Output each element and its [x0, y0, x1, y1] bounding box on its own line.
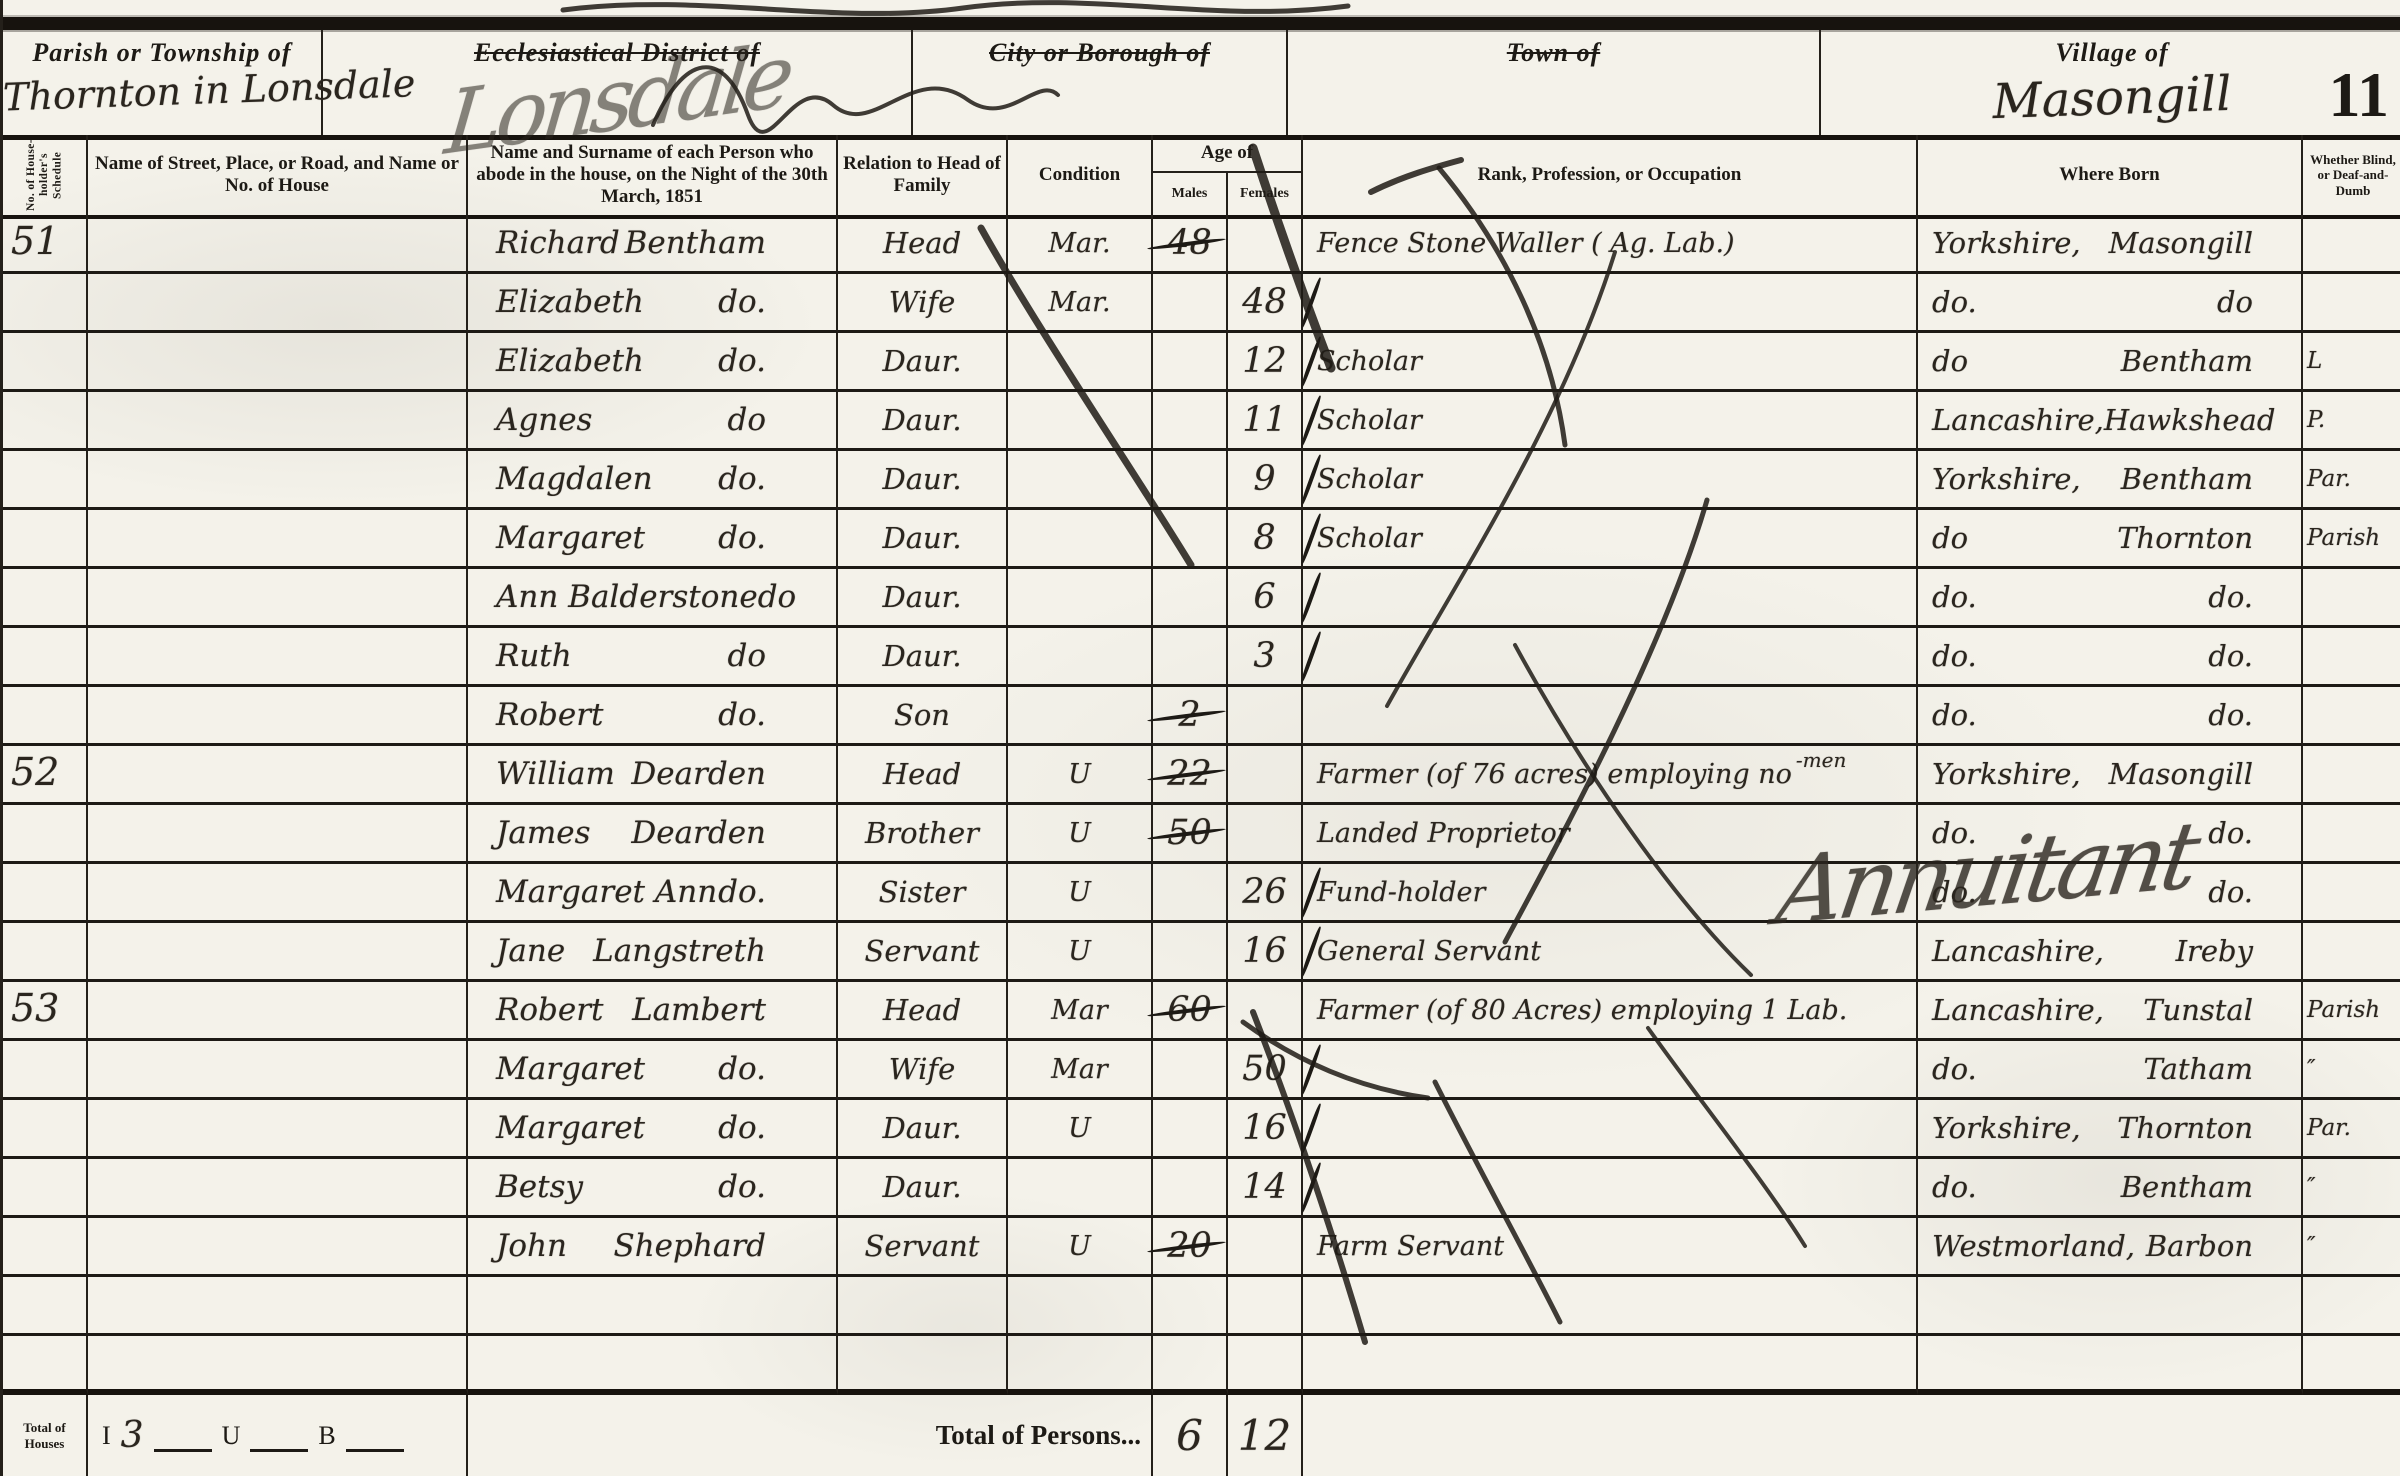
age-females-cell: 8 — [1228, 510, 1303, 569]
age-males-value: 22 — [1167, 754, 1212, 794]
name-cell: Ann Balderstone do — [468, 569, 838, 628]
age-females-cell: 6 — [1228, 569, 1303, 628]
street-cell — [88, 215, 468, 274]
totals-empty-area — [1303, 1395, 2400, 1476]
person-surname: Dearden — [631, 815, 766, 851]
uninhabited-rule — [250, 1419, 308, 1452]
person-surname: do. — [718, 461, 766, 497]
schedule-cell — [3, 569, 88, 628]
age-males-cell — [1153, 333, 1228, 392]
column-name-label: Name and Surname of each Person who abod… — [472, 142, 832, 208]
person-surname: do — [758, 579, 797, 615]
infirm-cell — [2303, 687, 2400, 746]
born-county: do — [1932, 521, 1968, 555]
relation-cell: Daur. — [838, 510, 1008, 569]
name-cell: Margaret do. — [468, 1100, 838, 1159]
total-houses-values: I 3 U B — [88, 1395, 468, 1476]
occupation-value: Farmer (of 76 acres) employing no — [1317, 759, 1792, 790]
born-place: Barbon — [2146, 1229, 2253, 1263]
schedule-cell: 51 — [3, 215, 88, 274]
age-males-cell — [1153, 392, 1228, 451]
relation-cell: Head — [838, 982, 1008, 1041]
age-males-cell — [1153, 1277, 1228, 1336]
born-cell — [1918, 1336, 2303, 1395]
relation-cell: Wife — [838, 1041, 1008, 1100]
relation-value: Daur. — [882, 639, 961, 673]
condition-cell: U — [1008, 864, 1153, 923]
name-cell — [468, 1336, 838, 1395]
condition-value: Mar. — [1048, 228, 1110, 259]
relation-cell — [838, 1277, 1008, 1336]
infirm-value: ″ — [2307, 1056, 2316, 1082]
relation-cell: Wife — [838, 274, 1008, 333]
infirm-value: Par. — [2307, 466, 2351, 492]
person-given-name: Magdalen — [496, 461, 653, 497]
relation-value: Daur. — [882, 1170, 961, 1204]
street-cell — [88, 569, 468, 628]
person-surname: Dearden — [631, 756, 766, 792]
born-place: Ireby — [2176, 934, 2253, 968]
infirm-cell: Parish — [2303, 982, 2400, 1041]
census-table: 51 Richard Bentham Head Mar. 48 Fence St… — [3, 215, 2400, 1395]
age-females-cell: 9 — [1228, 451, 1303, 510]
occupation-cell: Scholar — [1303, 333, 1918, 392]
infirm-cell: ″ — [2303, 1041, 2400, 1100]
relation-cell: Daur. — [838, 1100, 1008, 1159]
relation-value: Wife — [889, 1052, 955, 1086]
name-cell: James Dearden — [468, 805, 838, 864]
age-females-cell — [1228, 1218, 1303, 1277]
column-schedule: No. of House-holder's Schedule — [3, 135, 88, 215]
person-surname: Shephard — [613, 1228, 766, 1264]
age-females-cell: 50 — [1228, 1041, 1303, 1100]
schedule-cell — [3, 1041, 88, 1100]
relation-cell: Sister — [838, 864, 1008, 923]
column-condition-label: Condition — [1039, 164, 1120, 186]
born-cell: Lancashire, Ireby — [1918, 923, 2303, 982]
condition-cell — [1008, 569, 1153, 628]
street-cell — [88, 333, 468, 392]
occupation-cell — [1303, 274, 1918, 333]
person-surname: do. — [718, 284, 766, 320]
age-females-value: 11 — [1242, 400, 1287, 440]
born-cell: do. do. — [1918, 805, 2303, 864]
infirm-value: ″ — [2307, 1233, 2316, 1259]
column-schedule-label: No. of House-holder's Schedule — [25, 137, 65, 213]
person-surname: do. — [718, 1110, 766, 1146]
schedule-number: 53 — [11, 986, 59, 1030]
occupation-value: Scholar — [1317, 405, 1422, 436]
born-county: Lancashire, — [1932, 993, 2104, 1027]
occupation-value: Fund-holder — [1317, 877, 1485, 908]
relation-value: Head — [883, 226, 961, 260]
born-county: Lancashire, — [1932, 934, 2104, 968]
age-females-value: 26 — [1242, 872, 1287, 912]
person-surname: do. — [718, 1169, 766, 1205]
age-females-cell: 26 — [1228, 864, 1303, 923]
condition-value: U — [1068, 1113, 1091, 1144]
condition-cell: U — [1008, 746, 1153, 805]
age-males-cell: 22 — [1153, 746, 1228, 805]
age-males-cell: 50 — [1153, 805, 1228, 864]
age-males-cell: 60 — [1153, 982, 1228, 1041]
relation-cell: Head — [838, 746, 1008, 805]
age-females-cell: 12 — [1228, 333, 1303, 392]
born-place: do. — [2208, 875, 2253, 909]
occupation-value: Scholar — [1317, 346, 1422, 377]
header-field-ecclesiastical: Ecclesiastical District of Lonsdale — [323, 30, 913, 135]
infirm-value: Par. — [2307, 1115, 2351, 1141]
name-cell: Margaret do. — [468, 1041, 838, 1100]
age-males-cell — [1153, 1159, 1228, 1218]
age-males-value: 48 — [1167, 223, 1212, 263]
occupation-cell — [1303, 1159, 1918, 1218]
page-top-border — [3, 17, 2400, 30]
relation-cell — [838, 1336, 1008, 1395]
age-females-cell — [1228, 746, 1303, 805]
person-surname: do. — [718, 697, 766, 733]
column-condition: Condition — [1008, 135, 1153, 215]
occupation-value: General Servant — [1317, 936, 1541, 967]
schedule-cell — [3, 687, 88, 746]
name-cell: Betsy do. — [468, 1159, 838, 1218]
infirm-cell: P. — [2303, 392, 2400, 451]
person-given-name: Ann Balderstone — [496, 579, 758, 615]
street-cell — [88, 1336, 468, 1395]
schedule-cell — [3, 1218, 88, 1277]
relation-value: Daur. — [882, 462, 961, 496]
born-county: Yorkshire, — [1932, 757, 2081, 791]
street-cell — [88, 392, 468, 451]
occupation-cell: Farmer (of 80 Acres) employing 1 Lab. — [1303, 982, 1918, 1041]
street-cell — [88, 1218, 468, 1277]
age-females-value: 8 — [1253, 518, 1275, 558]
born-place: do. — [2208, 698, 2253, 732]
column-street: Name of Street, Place, or Road, and Name… — [88, 135, 468, 215]
name-cell: Margaret Ann do. — [468, 864, 838, 923]
born-place: do. — [2208, 580, 2253, 614]
condition-cell — [1008, 1336, 1153, 1395]
parish-value: Thornton in Lonsdale — [2, 64, 321, 119]
schedule-cell: 53 — [3, 982, 88, 1041]
inhabited-label: I — [102, 1421, 111, 1451]
born-county: do. — [1932, 285, 1977, 319]
schedule-cell — [3, 923, 88, 982]
age-females-value: 14 — [1242, 1167, 1287, 1207]
infirm-cell — [2303, 1277, 2400, 1336]
born-place: do. — [2208, 816, 2253, 850]
age-females-value: 6 — [1253, 577, 1275, 617]
name-cell: Elizabeth do. — [468, 274, 838, 333]
name-cell: William Dearden — [468, 746, 838, 805]
person-given-name: Margaret — [496, 520, 645, 556]
age-females-value: 3 — [1253, 636, 1275, 676]
infirm-value: Parish — [2307, 997, 2380, 1023]
street-cell — [88, 805, 468, 864]
occupation-value: Fence Stone Waller ( Ag. Lab.) — [1317, 228, 1735, 259]
column-occupation-label: Rank, Profession, or Occupation — [1478, 164, 1742, 186]
column-age-females-label: Females — [1228, 173, 1301, 215]
column-infirm: Whether Blind, or Deaf-and-Dumb — [2303, 135, 2400, 215]
person-given-name: Richard — [496, 225, 620, 261]
person-surname: Bentham — [625, 225, 766, 261]
age-females-cell — [1228, 215, 1303, 274]
infirm-cell: Par. — [2303, 1100, 2400, 1159]
column-age-label: Age of — [1153, 135, 1301, 173]
born-place: Bentham — [2121, 1170, 2253, 1204]
city-label: City or Borough of — [913, 30, 1286, 68]
age-males-cell — [1153, 923, 1228, 982]
age-females-cell: 16 — [1228, 923, 1303, 982]
relation-cell: Daur. — [838, 569, 1008, 628]
born-county: Yorkshire, — [1932, 226, 2081, 260]
age-males-cell — [1153, 1336, 1228, 1395]
born-place: Thornton — [2117, 1111, 2253, 1145]
schedule-cell — [3, 333, 88, 392]
street-cell — [88, 687, 468, 746]
relation-value: Son — [894, 698, 950, 732]
column-occupation: Rank, Profession, or Occupation — [1303, 135, 1918, 215]
condition-cell — [1008, 510, 1153, 569]
top-scrawl-stroke — [563, 3, 1348, 14]
condition-value: U — [1068, 818, 1091, 849]
total-males-value: 6 — [1176, 1411, 1203, 1460]
street-cell — [88, 451, 468, 510]
condition-cell — [1008, 628, 1153, 687]
person-given-name: William — [496, 756, 615, 792]
person-given-name: Robert — [496, 992, 603, 1028]
column-born: Where Born — [1918, 135, 2303, 215]
relation-cell: Daur. — [838, 628, 1008, 687]
born-place: Masongill — [2109, 757, 2253, 791]
born-place: Bentham — [2121, 462, 2253, 496]
born-cell: do Thornton — [1918, 510, 2303, 569]
age-females-value: 16 — [1242, 931, 1287, 971]
infirm-value: ″ — [2307, 1174, 2316, 1200]
census-sheet: Parish or Township of Thornton in Lonsda… — [0, 0, 2400, 1476]
town-label: Town of — [1288, 30, 1819, 68]
inhabited-value: 3 — [121, 1415, 144, 1456]
occupation-cell — [1303, 1100, 1918, 1159]
schedule-cell — [3, 864, 88, 923]
relation-cell: Daur. — [838, 1159, 1008, 1218]
born-county: Westmorland, — [1932, 1229, 2135, 1263]
age-males-cell — [1153, 628, 1228, 687]
schedule-cell — [3, 1100, 88, 1159]
age-females-cell — [1228, 1336, 1303, 1395]
relation-cell: Daur. — [838, 392, 1008, 451]
born-cell: Lancashire, Hawkshead — [1918, 392, 2303, 451]
born-county: do. — [1932, 698, 1977, 732]
person-given-name: Jane — [496, 933, 565, 969]
relation-cell: Brother — [838, 805, 1008, 864]
age-males-cell — [1153, 1041, 1228, 1100]
age-males-cell: 2 — [1153, 687, 1228, 746]
person-surname: do. — [718, 343, 766, 379]
column-infirm-label: Whether Blind, or Deaf-and-Dumb — [2307, 152, 2399, 199]
occupation-cell — [1303, 687, 1918, 746]
infirm-value: L — [2307, 348, 2322, 374]
name-cell: Jane Langstreth — [468, 923, 838, 982]
born-county: Lancashire, — [1932, 403, 2104, 437]
age-males-value: 60 — [1167, 990, 1212, 1030]
age-males-cell — [1153, 274, 1228, 333]
condition-value: Mar — [1051, 995, 1108, 1026]
born-county: do — [1932, 344, 1968, 378]
person-surname: do. — [718, 520, 766, 556]
born-cell: do. do. — [1918, 864, 2303, 923]
occupation-cell — [1303, 1277, 1918, 1336]
occupation-cell: Farmer (of 76 acres) employing no -men — [1303, 746, 1918, 805]
condition-cell — [1008, 1277, 1153, 1336]
column-relation: Relation to Head of Family — [838, 135, 1008, 215]
born-county: do. — [1932, 1170, 1977, 1204]
name-cell — [468, 1277, 838, 1336]
condition-cell — [1008, 451, 1153, 510]
born-place: do — [2217, 285, 2253, 319]
age-males-value: 20 — [1167, 1226, 1212, 1266]
relation-value: Daur. — [882, 344, 961, 378]
condition-cell: Mar — [1008, 1041, 1153, 1100]
header-field-parish: Parish or Township of Thornton in Lonsda… — [3, 30, 323, 135]
header-field-city: City or Borough of — [913, 30, 1288, 135]
column-relation-label: Relation to Head of Family — [842, 153, 1002, 197]
age-females-cell: 11 — [1228, 392, 1303, 451]
relation-value: Daur. — [882, 521, 961, 555]
born-cell: Westmorland, Barbon — [1918, 1218, 2303, 1277]
infirm-cell: L — [2303, 333, 2400, 392]
total-persons-males: 6 — [1153, 1395, 1228, 1476]
age-males-cell — [1153, 451, 1228, 510]
schedule-cell — [3, 392, 88, 451]
person-given-name: John — [496, 1228, 567, 1264]
schedule-cell — [3, 628, 88, 687]
born-cell: do. Tatham — [1918, 1041, 2303, 1100]
column-name: Name and Surname of each Person who abod… — [468, 135, 838, 215]
age-males-cell — [1153, 510, 1228, 569]
condition-cell — [1008, 687, 1153, 746]
infirm-cell — [2303, 805, 2400, 864]
schedule-number: 51 — [11, 219, 59, 263]
occupation-cell — [1303, 569, 1918, 628]
relation-value: Servant — [865, 934, 980, 968]
born-cell: do. do — [1918, 274, 2303, 333]
condition-value: Mar — [1051, 1054, 1108, 1085]
schedule-cell: 52 — [3, 746, 88, 805]
born-cell: do. do. — [1918, 687, 2303, 746]
infirm-value: P. — [2307, 407, 2325, 433]
born-cell: Yorkshire, Bentham — [1918, 451, 2303, 510]
relation-cell: Daur. — [838, 451, 1008, 510]
born-county: do. — [1932, 1052, 1977, 1086]
schedule-cell — [3, 805, 88, 864]
condition-value: Mar. — [1048, 287, 1110, 318]
person-surname: do. — [718, 1051, 766, 1087]
born-county: do. — [1932, 639, 1977, 673]
age-females-cell — [1228, 982, 1303, 1041]
condition-cell: U — [1008, 923, 1153, 982]
schedule-number: 52 — [11, 750, 59, 794]
born-cell: Yorkshire, Masongill — [1918, 215, 2303, 274]
born-place: Tatham — [2143, 1052, 2253, 1086]
street-cell — [88, 923, 468, 982]
age-males-value: 2 — [1178, 695, 1200, 735]
age-males-cell — [1153, 864, 1228, 923]
age-males-cell — [1153, 569, 1228, 628]
header-field-town: Town of — [1288, 30, 1821, 135]
born-county: Yorkshire, — [1932, 1111, 2081, 1145]
occupation-cell: Scholar — [1303, 392, 1918, 451]
person-given-name: Margaret Ann — [496, 874, 717, 910]
born-cell: Yorkshire, Thornton — [1918, 1100, 2303, 1159]
relation-value: Sister — [879, 875, 966, 909]
street-cell — [88, 1041, 468, 1100]
relation-value: Servant — [865, 1229, 980, 1263]
born-cell: do. do. — [1918, 628, 2303, 687]
street-cell — [88, 274, 468, 333]
occupation-cell: Scholar — [1303, 451, 1918, 510]
infirm-value: Parish — [2307, 525, 2380, 551]
total-females-value: 12 — [1238, 1411, 1291, 1460]
person-given-name: Elizabeth — [496, 343, 644, 379]
born-cell: do. do. — [1918, 569, 2303, 628]
infirm-cell — [2303, 1336, 2400, 1395]
schedule-cell — [3, 1277, 88, 1336]
infirm-cell: Par. — [2303, 451, 2400, 510]
condition-cell: U — [1008, 1218, 1153, 1277]
street-cell — [88, 510, 468, 569]
person-given-name: Robert — [496, 697, 603, 733]
infirm-cell — [2303, 628, 2400, 687]
name-cell: Ruth do — [468, 628, 838, 687]
relation-value: Daur. — [882, 1111, 961, 1145]
born-county: do. — [1932, 816, 1977, 850]
infirm-cell — [2303, 864, 2400, 923]
relation-value: Daur. — [882, 403, 961, 437]
person-surname: Langstreth — [593, 933, 766, 969]
totals-band: Total of Houses I 3 U B Total of Persons… — [3, 1395, 2400, 1476]
occupation-cell: Fund-holder — [1303, 864, 1918, 923]
name-cell: John Shephard — [468, 1218, 838, 1277]
condition-value: U — [1068, 759, 1091, 790]
header-field-village: Village of Masongill 11 — [1821, 30, 2400, 135]
age-females-cell: 16 — [1228, 1100, 1303, 1159]
condition-cell — [1008, 333, 1153, 392]
person-given-name: Betsy — [496, 1169, 583, 1205]
occupation-value: Landed Proprietor — [1317, 818, 1570, 849]
relation-value: Head — [883, 757, 961, 791]
condition-cell — [1008, 392, 1153, 451]
occupation-cell: Landed Proprietor — [1303, 805, 1918, 864]
condition-value: U — [1068, 877, 1091, 908]
schedule-cell — [3, 1336, 88, 1395]
age-females-cell: 3 — [1228, 628, 1303, 687]
born-place: Tunstal — [2143, 993, 2253, 1027]
header-band: Parish or Township of Thornton in Lonsda… — [3, 30, 2400, 140]
infirm-cell — [2303, 923, 2400, 982]
relation-cell: Servant — [838, 1218, 1008, 1277]
born-cell: do Bentham — [1918, 333, 2303, 392]
total-persons-label: Total of Persons... — [468, 1395, 1153, 1476]
building-label: B — [318, 1421, 335, 1451]
relation-cell: Servant — [838, 923, 1008, 982]
occupation-cell: Farm Servant — [1303, 1218, 1918, 1277]
street-cell — [88, 628, 468, 687]
column-age-males-label: Males — [1153, 173, 1228, 215]
relation-cell: Son — [838, 687, 1008, 746]
person-surname: do. — [718, 874, 766, 910]
name-cell: Agnes do — [468, 392, 838, 451]
